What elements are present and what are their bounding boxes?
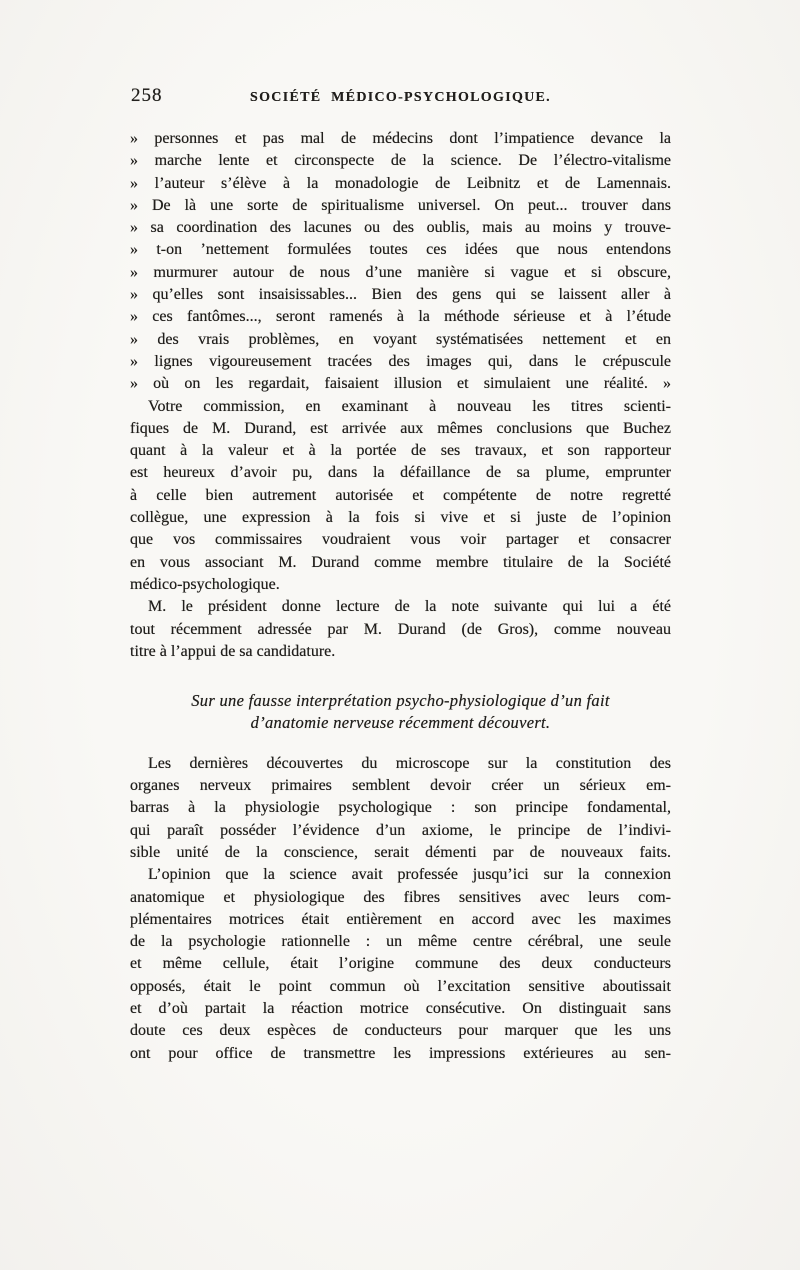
text-line: » des vrais problèmes, en voyant systéma… bbox=[130, 329, 671, 351]
book-page-scan: 258 SOCIÉTÉ MÉDICO-PSYCHOLOGIQUE. » pers… bbox=[0, 0, 800, 1270]
text-line: est heureux d’avoir pu, dans la défailla… bbox=[130, 462, 671, 484]
text-line: » qu’elles sont insaisissables... Bien d… bbox=[130, 284, 671, 306]
section-heading: Sur une fausse interprétation psycho-phy… bbox=[130, 690, 671, 735]
text-line: fiques de M. Durand, est arrivée aux mêm… bbox=[130, 418, 671, 440]
text-line: sible unité de la conscience, serait dém… bbox=[130, 842, 671, 864]
paragraph: Les dernières découvertes du microscope … bbox=[130, 753, 671, 864]
text-line: collègue, une expression à la fois si vi… bbox=[130, 507, 671, 529]
text-line: et d’où partait la réaction motrice cons… bbox=[130, 998, 671, 1020]
running-title: SOCIÉTÉ MÉDICO-PSYCHOLOGIQUE. bbox=[130, 86, 671, 108]
text-line: L’opinion que la science avait professée… bbox=[130, 864, 671, 886]
text-line: » marche lente et circonspecte de la sci… bbox=[130, 150, 671, 172]
text-line: organes nerveux primaires semblent devoi… bbox=[130, 775, 671, 797]
text-line: qui paraît posséder l’évidence d’un axio… bbox=[130, 820, 671, 842]
text-line: opposés, était le point commun où l’exci… bbox=[130, 976, 671, 998]
text-line: que vos commissaires voudraient vous voi… bbox=[130, 529, 671, 551]
text-line: M. le président donne lecture de la note… bbox=[130, 596, 671, 618]
text-line: ont pour office de transmettre les impre… bbox=[130, 1043, 671, 1065]
text-body: » personnes et pas mal de médecins dont … bbox=[130, 128, 671, 1065]
paragraph: L’opinion que la science avait professée… bbox=[130, 864, 671, 1065]
text-column: 258 SOCIÉTÉ MÉDICO-PSYCHOLOGIQUE. » pers… bbox=[130, 86, 671, 1065]
page-number: 258 bbox=[131, 85, 163, 107]
text-line: d’anatomie nerveuse récemment découvert. bbox=[130, 712, 671, 734]
text-line: anatomique et physiologique des fibres s… bbox=[130, 887, 671, 909]
text-line: titre à l’appui de sa candidature. bbox=[130, 641, 671, 663]
text-line: et même cellule, était l’origine commune… bbox=[130, 953, 671, 975]
text-line: doute ces deux espèces de conducteurs po… bbox=[130, 1020, 671, 1042]
quote-block: » personnes et pas mal de médecins dont … bbox=[130, 128, 671, 396]
text-line: » personnes et pas mal de médecins dont … bbox=[130, 128, 671, 150]
text-line: en vous associant M. Durand comme membre… bbox=[130, 552, 671, 574]
text-line: de la psychologie rationnelle : un même … bbox=[130, 931, 671, 953]
text-line: » l’auteur s’élève à la monadologie de L… bbox=[130, 173, 671, 195]
text-line: Votre commission, en examinant à nouveau… bbox=[130, 396, 671, 418]
paragraph: M. le président donne lecture de la note… bbox=[130, 596, 671, 663]
text-line: » De là une sorte de spiritualisme unive… bbox=[130, 195, 671, 217]
paragraph: Votre commission, en examinant à nouveau… bbox=[130, 396, 671, 597]
text-line: barras à la physiologie psychologique : … bbox=[130, 797, 671, 819]
text-line: quant à la valeur et à la portée de ses … bbox=[130, 440, 671, 462]
text-line: à celle bien autrement autorisée et comp… bbox=[130, 485, 671, 507]
text-line: Les dernières découvertes du microscope … bbox=[130, 753, 671, 775]
text-line: » murmurer autour de nous d’une manière … bbox=[130, 262, 671, 284]
text-line: tout récemment adressée par M. Durand (d… bbox=[130, 619, 671, 641]
text-line: » lignes vigoureusement tracées des imag… bbox=[130, 351, 671, 373]
text-line: » ces fantômes..., seront ramenés à la m… bbox=[130, 306, 671, 328]
text-line: médico-psychologique. bbox=[130, 574, 671, 596]
text-line: » où on les regardait, faisaient illusio… bbox=[130, 373, 671, 395]
page-header: 258 SOCIÉTÉ MÉDICO-PSYCHOLOGIQUE. bbox=[130, 86, 671, 106]
text-line: Sur une fausse interprétation psycho-phy… bbox=[130, 690, 671, 712]
text-line: » sa coordination des lacunes ou des oub… bbox=[130, 217, 671, 239]
text-line: » t-on ’nettement formulées toutes ces i… bbox=[130, 239, 671, 261]
text-line: plémentaires motrices était entièrement … bbox=[130, 909, 671, 931]
